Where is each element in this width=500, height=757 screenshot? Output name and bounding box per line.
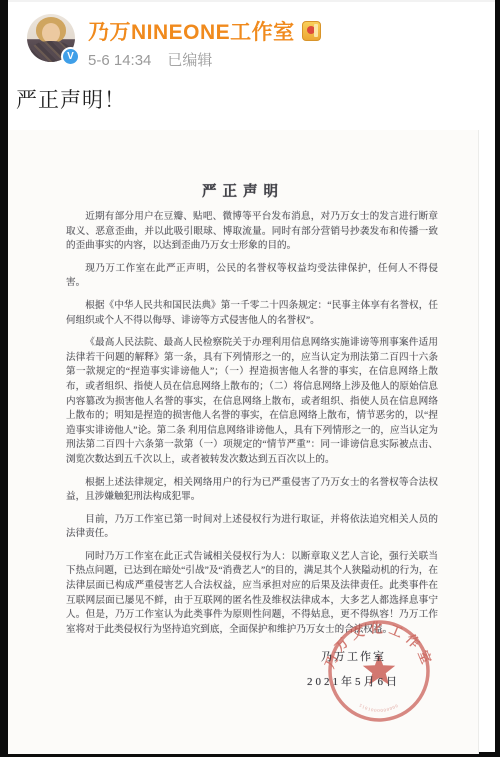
post-text: 严正声明！ [16,84,126,114]
avatar[interactable]: V [27,14,75,62]
statement-paragraph: 《最高人民法院、最高人民检察院关于办理利用信息网络实施诽谤等刑事案件适用法律若干… [66,336,438,467]
author-name[interactable]: 乃万NINEONE工作室 [88,16,295,46]
statement-title: 严正声明 [8,180,478,201]
avatar-face [42,23,60,43]
signature-block: 乃万工作室 2021年5月6日 [307,648,400,689]
verified-badge-icon: V [61,47,80,66]
statement-body: 近期有部分用户在豆瓣、贴吧、微博等平台发布消息，对乃万女士的发言进行断章取义、恶… [66,210,438,645]
svg-text:5101000000000: 5101000000000 [358,703,399,713]
statement-paragraph: 根据上述法律规定，相关网络用户的行为已严重侵害了乃万女士的名誉权等合法权益，且涉… [66,476,438,505]
edited-label: 已编辑 [167,52,212,69]
signature-date: 2021年5月6日 [307,673,400,689]
statement-paragraph: 根据《中华人民共和国民法典》第一千零二十四条规定：“民事主体享有名誉权，任何组织… [66,299,438,328]
post-timestamp: 5-6 14:34 [88,52,151,69]
signature-name: 乃万工作室 [307,648,400,664]
post-meta: 5-6 14:34已编辑 [88,49,212,70]
statement-paragraph: 现乃万工作室在此严正声明，公民的名誉权等权益均受法律保护，任何人不得侵害。 [66,262,438,291]
vip-medal-icon [302,21,321,41]
seal-serial-number: 5101000000000 [358,703,399,713]
weibo-post-card: V 乃万NINEONE工作室 5-6 14:34已编辑 严正声明！ 严正声明 近… [8,0,495,752]
statement-paragraph: 近期有部分用户在豆瓣、贴吧、微博等平台发布消息，对乃万女士的发言进行断章取义、恶… [66,210,438,254]
statement-image[interactable]: 严正声明 近期有部分用户在豆瓣、贴吧、微博等平台发布消息，对乃万女士的发言进行断… [8,130,479,754]
page-frame: V 乃万NINEONE工作室 5-6 14:34已编辑 严正声明！ 严正声明 近… [0,0,500,757]
author-line: 乃万NINEONE工作室 [88,17,321,45]
statement-paragraph: 目前，乃万工作室已第一时间对上述侵权行为进行取证，并将依法追究相关人员的法律责任… [66,513,438,542]
